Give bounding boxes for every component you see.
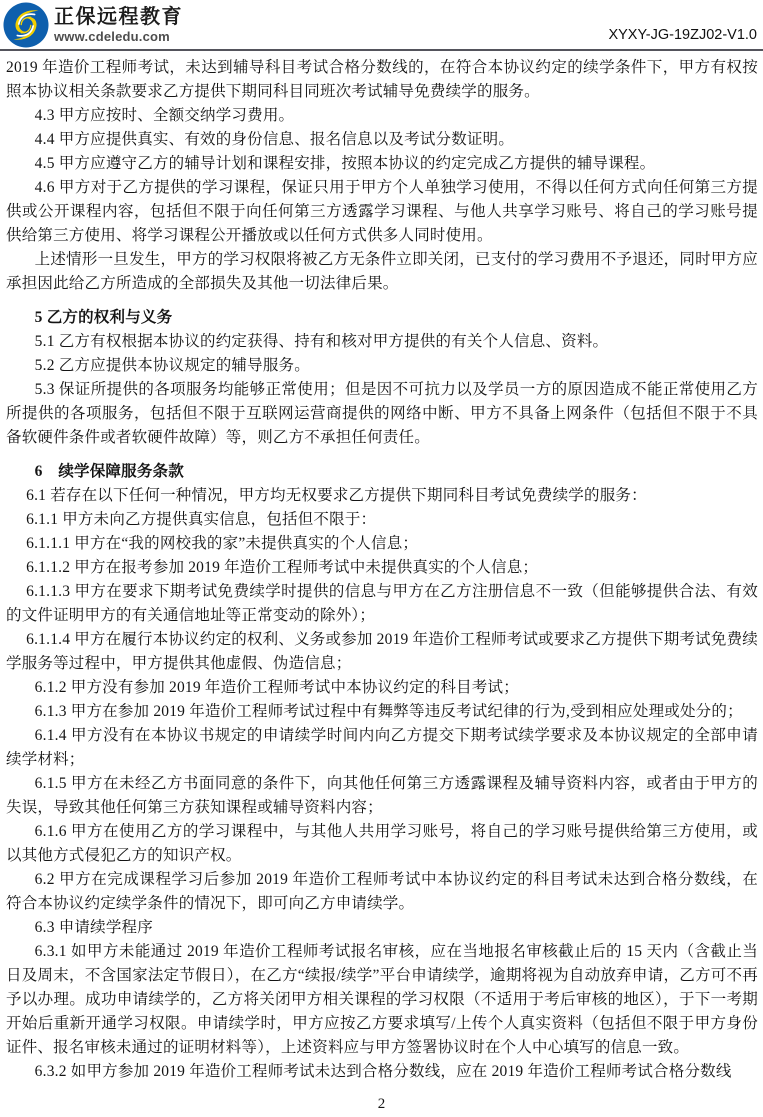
clause-6-1-3: 6.1.3 甲方在参加 2019 年造价工程师考试过程中有舞弊等违反考试纪律的行… xyxy=(6,700,758,724)
header-divider xyxy=(0,49,763,51)
clause-5-3: 5.3 保证所提供的各项服务均能够正常使用；但是因不可抗力以及学员一方的原因造成… xyxy=(6,378,758,450)
clause-6-1-4: 6.1.4 甲方没有在本协议书规定的申请续学时间内向乙方提交下期考试续学要求及本… xyxy=(6,724,758,772)
clause-6-2: 6.2 甲方在完成课程学习后参加 2019 年造价工程师考试中本协议约定的科目考… xyxy=(6,868,758,916)
page-header: 正保远程教育 www.cdeledu.com XYXY-JG-19ZJ02-V1… xyxy=(0,0,763,51)
page-footer: 2 xyxy=(0,1096,763,1113)
clause-6-3: 6.3 申请续学程序 xyxy=(6,916,758,940)
clause-5-1: 5.1 乙方有权根据本协议的约定获得、持有和核对甲方提供的有关个人信息、资料。 xyxy=(6,330,758,354)
clause-6-3-2: 6.3.2 如甲方参加 2019 年造价工程师考试未达到合格分数线，应在 201… xyxy=(6,1060,758,1084)
company-website: www.cdeledu.com xyxy=(54,29,183,45)
clause-4-6: 4.6 甲方对于乙方提供的学习课程，保证只用于甲方个人单独学习使用，不得以任何方… xyxy=(6,176,758,248)
clause-6-1-6: 6.1.6 甲方在使用乙方的学习课程中，与其他人共用学习账号，将自己的学习账号提… xyxy=(6,820,758,868)
section-heading-6: 6 续学保障服务条款 xyxy=(6,460,758,484)
clause-continuation-4-2: 2019 年造价工程师考试，未达到辅导科目考试合格分数线的，在符合本协议约定的续… xyxy=(6,56,758,104)
clause-5-2: 5.2 乙方应提供本协议规定的辅导服务。 xyxy=(6,354,758,378)
document-page: 正保远程教育 www.cdeledu.com XYXY-JG-19ZJ02-V1… xyxy=(0,0,763,1117)
clause-4-6-note: 上述情形一旦发生，甲方的学习权限将被乙方无条件立即关闭，已支付的学习费用不予退还… xyxy=(6,248,758,296)
document-code: XYXY-JG-19ZJ02-V1.0 xyxy=(608,27,757,43)
clause-6-1-1-1: 6.1.1.1 甲方在“我的网校我的家”未提供真实的个人信息； xyxy=(6,532,758,556)
page-number: 2 xyxy=(378,1096,386,1112)
clause-6-1: 6.1 若存在以下任何一种情况，甲方均无权要求乙方提供下期同科目考试免费续学的服… xyxy=(6,484,758,508)
clause-4-5: 4.5 甲方应遵守乙方的辅导计划和课程安排，按照本协议的约定完成乙方提供的辅导课… xyxy=(6,152,758,176)
clause-6-3-1: 6.3.1 如甲方未能通过 2019 年造价工程师考试报名审核，应在当地报名审核… xyxy=(6,940,758,1060)
clause-6-1-1: 6.1.1 甲方未向乙方提供真实信息，包括但不限于： xyxy=(6,508,758,532)
clause-6-1-1-3: 6.1.1.3 甲方在要求下期考试免费续学时提供的信息与甲方在乙方注册信息不一致… xyxy=(6,580,758,628)
clause-4-4: 4.4 甲方应提供真实、有效的身份信息、报名信息以及考试分数证明。 xyxy=(6,128,758,152)
clause-6-1-2: 6.1.2 甲方没有参加 2019 年造价工程师考试中本协议约定的科目考试； xyxy=(6,676,758,700)
company-logo-swirl-icon xyxy=(3,2,49,48)
clause-6-1-5: 6.1.5 甲方在未经乙方书面同意的条件下，向其他任何第三方透露课程及辅导资料内… xyxy=(6,772,758,820)
clause-6-1-1-4: 6.1.1.4 甲方在履行本协议约定的权利、义务或参加 2019 年造价工程师考… xyxy=(6,628,758,676)
section-heading-5: 5 乙方的权利与义务 xyxy=(6,306,758,330)
document-body: 2019 年造价工程师考试，未达到辅导科目考试合格分数线的，在符合本协议约定的续… xyxy=(0,51,763,1084)
clause-4-3: 4.3 甲方应按时、全额交纳学习费用。 xyxy=(6,104,758,128)
company-name: 正保远程教育 xyxy=(54,5,183,29)
clause-6-1-1-2: 6.1.1.2 甲方在报考参加 2019 年造价工程师考试中未提供真实的个人信息… xyxy=(6,556,758,580)
brand-block: 正保远程教育 www.cdeledu.com xyxy=(54,5,183,45)
